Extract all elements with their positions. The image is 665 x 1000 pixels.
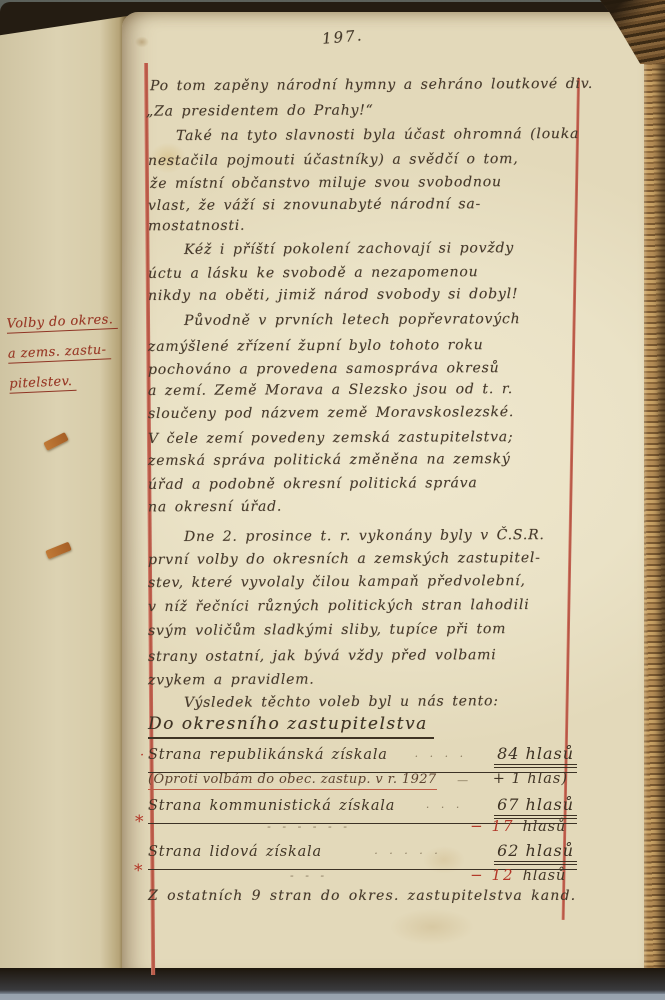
result-row-comparison-note: (Oproti volbám do obec. zastup. v r. 192… xyxy=(148,771,568,790)
manuscript-footer-line: Z ostatních 9 stran do okres. zastupitel… xyxy=(148,888,576,904)
manuscript-line: strany ostatní, jak bývá vždy před volba… xyxy=(148,648,497,664)
vote-count: 67 hlasů xyxy=(494,795,577,819)
leader-dashes: - - - - - - xyxy=(148,820,470,833)
manuscript-line: Také na tyto slavnosti byla účast ohromn… xyxy=(176,127,579,143)
manuscript-line: vlast, že váží si znovunabyté národní sa… xyxy=(148,197,481,213)
manuscript-line: zemská správa politická změněna na zemsk… xyxy=(148,452,511,468)
leader-dashes: - - - xyxy=(148,869,470,882)
manuscript-line: nikdy na oběti, jimiž národ svobody si d… xyxy=(148,287,518,303)
vote-count: 84 hlasů xyxy=(494,744,577,768)
manuscript-line: Původně v prvních letech popřevratových xyxy=(184,312,520,328)
manuscript-line: úctu a lásku ke svobodě a nezapomenou xyxy=(148,265,478,281)
vote-unit: hlasů xyxy=(523,868,566,884)
result-row-vote-difference: - - - - - - − 17 hlasů xyxy=(148,817,566,835)
manuscript-line: mostatnosti. xyxy=(148,219,245,234)
manuscript-line: stev, které vyvolaly čilou kampaň předvo… xyxy=(148,574,526,590)
party-name: Strana kommunistická získala xyxy=(148,798,395,814)
manuscript-line: úřad a podobně okresní politická správa xyxy=(148,476,478,492)
comparison-note-text: (Oproti volbám do obec. zastup. v r. 192… xyxy=(148,772,437,790)
page-number: 197. xyxy=(321,26,364,48)
vote-change-red: − 12 xyxy=(470,866,514,884)
manuscript-line: nestačila pojmouti účastníky) a svědčí o… xyxy=(148,152,519,168)
red-asterisk-marker: * xyxy=(134,861,143,881)
binding-thread-mark xyxy=(45,542,72,560)
manuscript-line: Dne 2. prosince t. r. vykonány byly v Č.… xyxy=(184,528,545,544)
vote-change-red: − 17 xyxy=(470,817,514,835)
manuscript-line: Výsledek těchto voleb byl u nás tento: xyxy=(184,694,499,710)
vote-change: + 1 hlas) xyxy=(493,771,568,787)
leader-dots: · · · · · xyxy=(322,847,494,860)
manuscript-line: že místní občanstvo miluje svou svobodno… xyxy=(150,175,502,191)
vote-unit: hlasů xyxy=(523,819,566,835)
manuscript-line: zvykem a pravidlem. xyxy=(148,673,315,688)
manuscript-line: zamýšlené zřízení župní bylo tohoto roku xyxy=(148,338,483,354)
leader-dots: — xyxy=(437,774,493,787)
result-row-vote-difference: - - - − 12 hlasů xyxy=(148,866,566,884)
page-block-edges xyxy=(644,16,665,974)
manuscript-line: na okresní úřad. xyxy=(148,500,282,515)
leader-dots: · · · xyxy=(395,801,494,814)
party-name: Strana lidová získala xyxy=(148,844,322,860)
vote-count: 62 hlasů xyxy=(494,841,577,865)
party-name: Strana republikánská získala xyxy=(148,747,388,763)
results-heading: Do okresního zastupitelstva xyxy=(148,714,434,739)
binding-thread-mark xyxy=(43,432,68,451)
manuscript-line: pochováno a provedena samospráva okresů xyxy=(148,361,499,377)
manuscript-line: „Za presidentem do Prahy!“ xyxy=(146,103,374,118)
manuscript-line: svým voličům sladkými sliby, tupíce při … xyxy=(148,622,506,638)
chronicle-book-photo: 197. Volby do okres. a zems. zastu- pite… xyxy=(0,0,665,1000)
marginal-note-line: pitelstev. xyxy=(9,374,77,394)
red-asterisk-marker: * xyxy=(135,812,144,832)
marginal-note-line: Volby do okres. xyxy=(6,312,117,334)
red-dot-marker: · xyxy=(140,748,144,763)
left-page-edge xyxy=(0,10,128,982)
manuscript-line: Kéž i příští pokolení zachovají si povžd… xyxy=(184,241,514,257)
leader-dots: · · · · xyxy=(388,750,494,763)
book-cover-bottom-edge xyxy=(0,968,665,994)
manuscript-line: V čele zemí povedeny zemská zastupitelst… xyxy=(148,430,514,446)
manuscript-line: sloučeny pod názvem země Moravskoslezské… xyxy=(148,405,514,421)
manuscript-line: Po tom zapěny národní hymny a sehráno lo… xyxy=(150,77,593,93)
marginal-note: Volby do okres. a zems. zastu- pitelstev… xyxy=(6,307,136,402)
result-row-republican-party: Strana republikánská získala · · · · 84 … xyxy=(148,744,577,773)
manuscript-line: a zemí. Země Morava a Slezsko jsou od t.… xyxy=(148,382,513,398)
marginal-note-line: a zems. zastu- xyxy=(8,342,111,363)
manuscript-line: v níž řečníci různých politických stran … xyxy=(148,598,530,614)
manuscript-line: první volby do okresních a zemských zast… xyxy=(148,551,541,567)
